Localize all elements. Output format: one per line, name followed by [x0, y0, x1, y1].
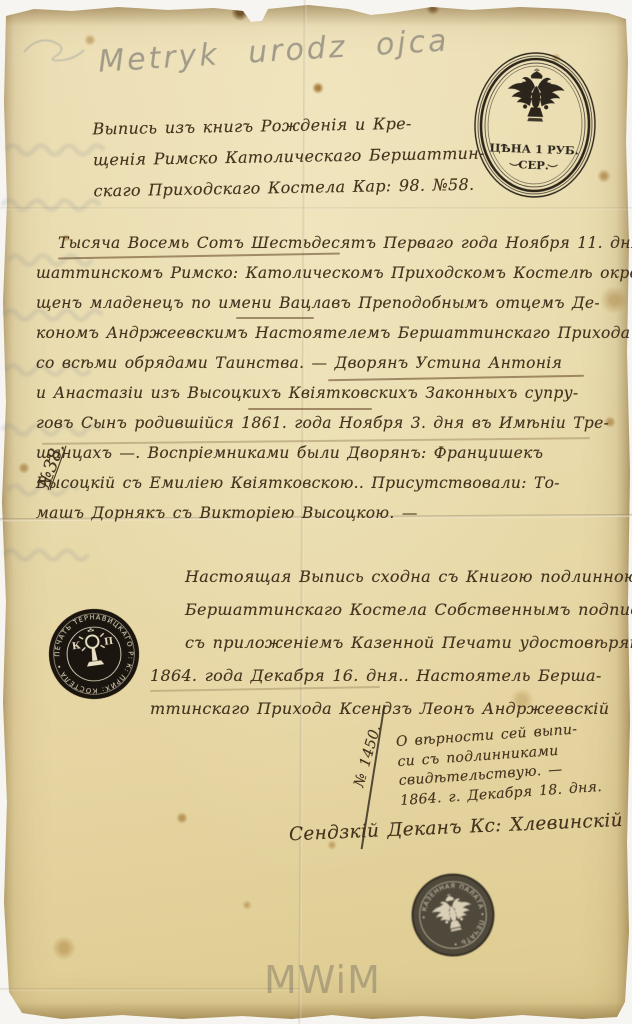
treasury-seal: • КАЗЕННАЯ ПАЛАТА • ПЕЧАТЬ • — [400, 862, 507, 969]
handwritten-line: и Анастазіи изъ Высоцкихъ Квіятковскихъ … — [36, 378, 624, 408]
handwritten-line: кономъ Андржеевскимъ Настоятелемъ Бершат… — [36, 318, 624, 348]
header-block: Выпись изъ книгъ Рожденія и Кре- щенія Р… — [92, 107, 485, 207]
handwritten-line: говъ Сынъ родившійся 1861. года Ноября 3… — [36, 408, 624, 438]
handwritten-line: Тысяча Восемь Сотъ Шестьдесятъ Перваго г… — [58, 228, 624, 258]
museum-watermark: MWiM — [264, 958, 381, 1002]
handwritten-line: щенъ младенецъ по имени Вацлавъ Преподоб… — [36, 288, 624, 318]
stamp-value-text: ЦѢНА 1 РУБ. — [489, 140, 579, 157]
handwritten-line: со всѣми обрядами Таинства. — Дворянъ Ус… — [36, 348, 624, 378]
handwritten-line: машъ Дорнякъ съ Викторіею Высоцкою. — — [36, 498, 624, 528]
revenue-stamp: ЦѢНА 1 РУБ. СЕР. — [468, 48, 601, 202]
handwritten-line: 1864. года Декабря 16. дня.. Настоятель … — [150, 659, 632, 692]
handwritten-line: ттинскаго Прихода Ксендзъ Леонъ Андржеев… — [150, 692, 632, 725]
document-photo: Metryk urodz ojca — [0, 0, 632, 1024]
verification-note: О вѣрности сей выпи- си съ подлинниками … — [396, 719, 603, 811]
handwritten-line: шаттинскомъ Римско: Католическомъ Приход… — [36, 258, 624, 288]
parish-seal-monogram-right: П — [103, 636, 113, 648]
double-headed-eagle-icon — [507, 68, 566, 123]
handwritten-line: Высоцкій съ Емиліею Квіятковскою.. Прису… — [36, 468, 624, 498]
handwritten-line: съ приложеніемъ Казенной Печати удостовѣ… — [150, 626, 632, 659]
body-paragraph: Тысяча Восемь Сотъ Шестьдесятъ Перваго г… — [36, 228, 624, 528]
handwritten-line: Настоящая Выпись сходна съ Книгою подлин… — [150, 560, 632, 593]
handwritten-line: Бершаттинскаго Костела Собственнымъ подп… — [150, 593, 632, 626]
stamp-currency-text: СЕР. — [518, 157, 549, 172]
parish-seal-monogram-left: К — [71, 640, 81, 652]
certification-block: Настоящая Выпись сходна съ Книгою подлин… — [150, 560, 632, 725]
underline-stroke — [236, 317, 314, 319]
underline-stroke — [248, 408, 372, 410]
pencil-squiggle — [14, 22, 94, 72]
parish-seal: ПЕЧАТЬ ТЕРНАВИЦКАГО Р: К: ПРИХ: КОСТЕЛА … — [40, 600, 148, 708]
